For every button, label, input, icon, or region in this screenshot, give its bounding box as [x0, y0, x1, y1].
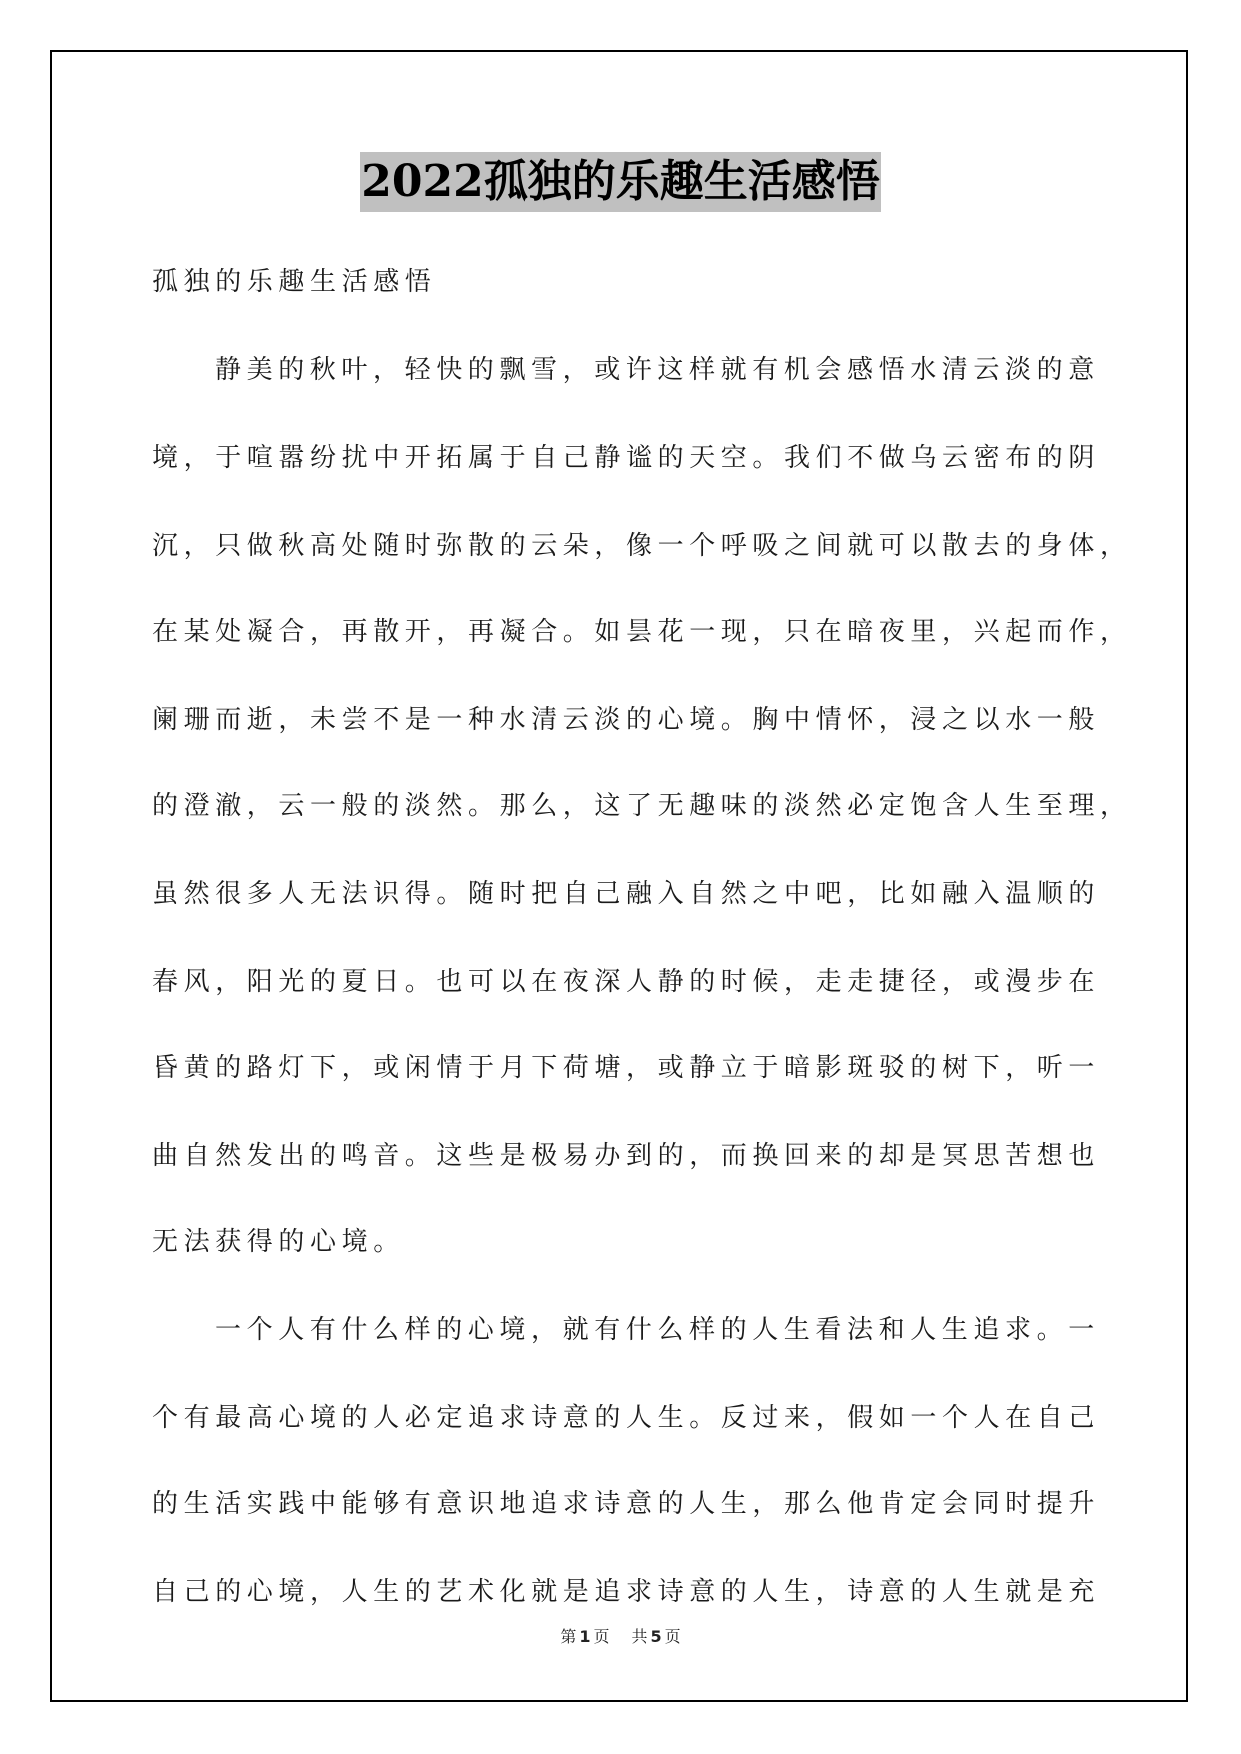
paragraph-1-line-9: 昏黄的路灯下，或闲情于月下荷塘，或静立于暗影斑驳的树下，听一: [152, 1048, 1100, 1088]
paragraph-1-line-4: 在某处凝合，再散开，再凝合。如昙花一现，只在暗夜里，兴起而作，: [152, 612, 1132, 652]
paragraph-1-line-2: 境，于喧嚣纷扰中开拓属于自己静谧的天空。我们不做乌云密布的阴: [152, 438, 1100, 478]
title-container: 2022孤独的乐趣生活感悟: [0, 152, 1241, 212]
document-title: 2022孤独的乐趣生活感悟: [360, 152, 880, 212]
paragraph-1-line-8: 春风，阳光的夏日。也可以在夜深人静的时候，走走捷径，或漫步在: [152, 962, 1100, 1002]
total-suffix: 页: [665, 1627, 681, 1646]
paragraph-1-line-7: 虽然很多人无法识得。随时把自己融入自然之中吧，比如融入温顺的: [152, 874, 1100, 914]
paragraph-2-line-1: 一个人有什么样的心境，就有什么样的人生看法和人生追求。一: [215, 1310, 1100, 1350]
paragraph-1-line-5: 阑珊而逝，未尝不是一种水清云淡的心境。胸中情怀，浸之以水一般: [152, 700, 1100, 740]
paragraph-1-line-11: 无法获得的心境。: [152, 1222, 405, 1262]
paragraph-2-line-2: 个有最高心境的人必定追求诗意的人生。反过来，假如一个人在自己: [152, 1398, 1100, 1438]
page-prefix: 第: [560, 1627, 576, 1646]
paragraph-2-line-4: 自己的心境，人生的艺术化就是追求诗意的人生，诗意的人生就是充: [152, 1572, 1100, 1612]
paragraph-1-line-6: 的澄澈，云一般的淡然。那么，这了无趣味的淡然必定饱含人生至理，: [152, 786, 1132, 826]
paragraph-1-line-10: 曲自然发出的鸣音。这些是极易办到的，而换回来的却是冥思苦想也: [152, 1136, 1100, 1176]
paragraph-2-line-3: 的生活实践中能够有意识地追求诗意的人生，那么他肯定会同时提升: [152, 1484, 1100, 1524]
paragraph-1-line-1: 静美的秋叶，轻快的飘雪，或许这样就有机会感悟水清云淡的意: [215, 350, 1100, 390]
total-pages-number: 5: [648, 1627, 665, 1646]
total-prefix: 共: [632, 1627, 648, 1646]
paragraph-1-line-3: 沉，只做秋高处随时弥散的云朵，像一个呼吸之间就可以散去的身体，: [152, 526, 1132, 566]
page-footer: 第1页共5页: [0, 1627, 1241, 1647]
current-page-number: 1: [576, 1627, 593, 1646]
document-subtitle: 孤独的乐趣生活感悟: [152, 262, 436, 302]
page-suffix: 页: [593, 1627, 609, 1646]
